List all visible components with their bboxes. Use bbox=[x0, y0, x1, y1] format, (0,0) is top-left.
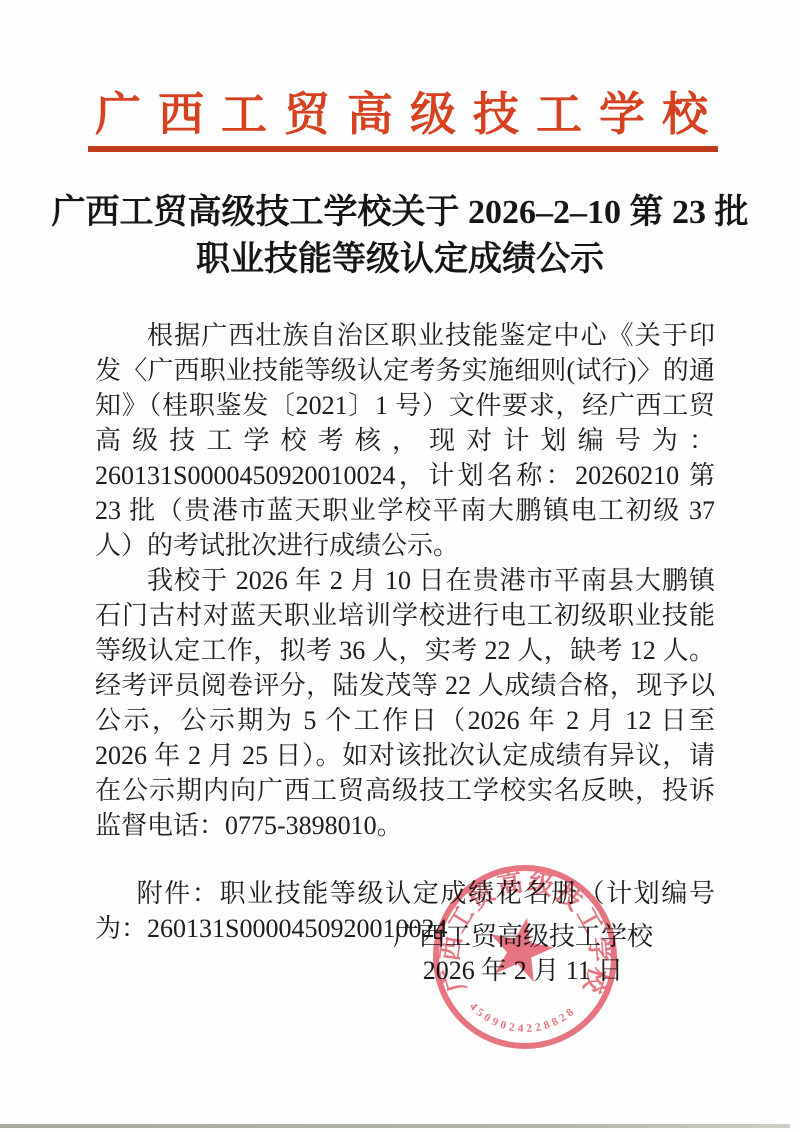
document-title: 广西工贸高级技工学校关于 2026–2–10 第 23 批 职业技能等级认定成绩… bbox=[0, 189, 800, 283]
seal-number: 4509024228828 bbox=[467, 1001, 579, 1035]
document-title-line2: 职业技能等级认定成绩公示 bbox=[0, 236, 800, 283]
signature-block: 广西工贸高级技工学校 2026 年 2 月 11 日 bbox=[390, 920, 656, 988]
document-title-line1: 广西工贸高级技工学校关于 2026–2–10 第 23 批 bbox=[0, 189, 800, 236]
signature-org: 广西工贸高级技工学校 bbox=[390, 920, 656, 954]
page-edge-shadow bbox=[0, 1124, 790, 1128]
document-body: 根据广西壮族自治区职业技能鉴定中心《关于印发〈广西职业技能等级认定考务实施细则(… bbox=[95, 318, 715, 946]
svg-text:4509024228828: 4509024228828 bbox=[467, 1001, 579, 1035]
paragraph-basis: 根据广西壮族自治区职业技能鉴定中心《关于印发〈广西职业技能等级认定考务实施细则(… bbox=[95, 318, 715, 563]
letterhead-school-name: 广西工贸高级技工学校 bbox=[95, 88, 720, 142]
document-page: 广西工贸高级技工学校 广西工贸高级技工学校关于 2026–2–10 第 23 批… bbox=[0, 0, 800, 1132]
signature-date: 2026 年 2 月 11 日 bbox=[390, 954, 656, 988]
letterhead-divider bbox=[88, 146, 718, 152]
paragraph-results: 我校于 2026 年 2 月 10 日在贵港市平南县大鹏镇石门古村对蓝天职业培训… bbox=[95, 563, 715, 843]
